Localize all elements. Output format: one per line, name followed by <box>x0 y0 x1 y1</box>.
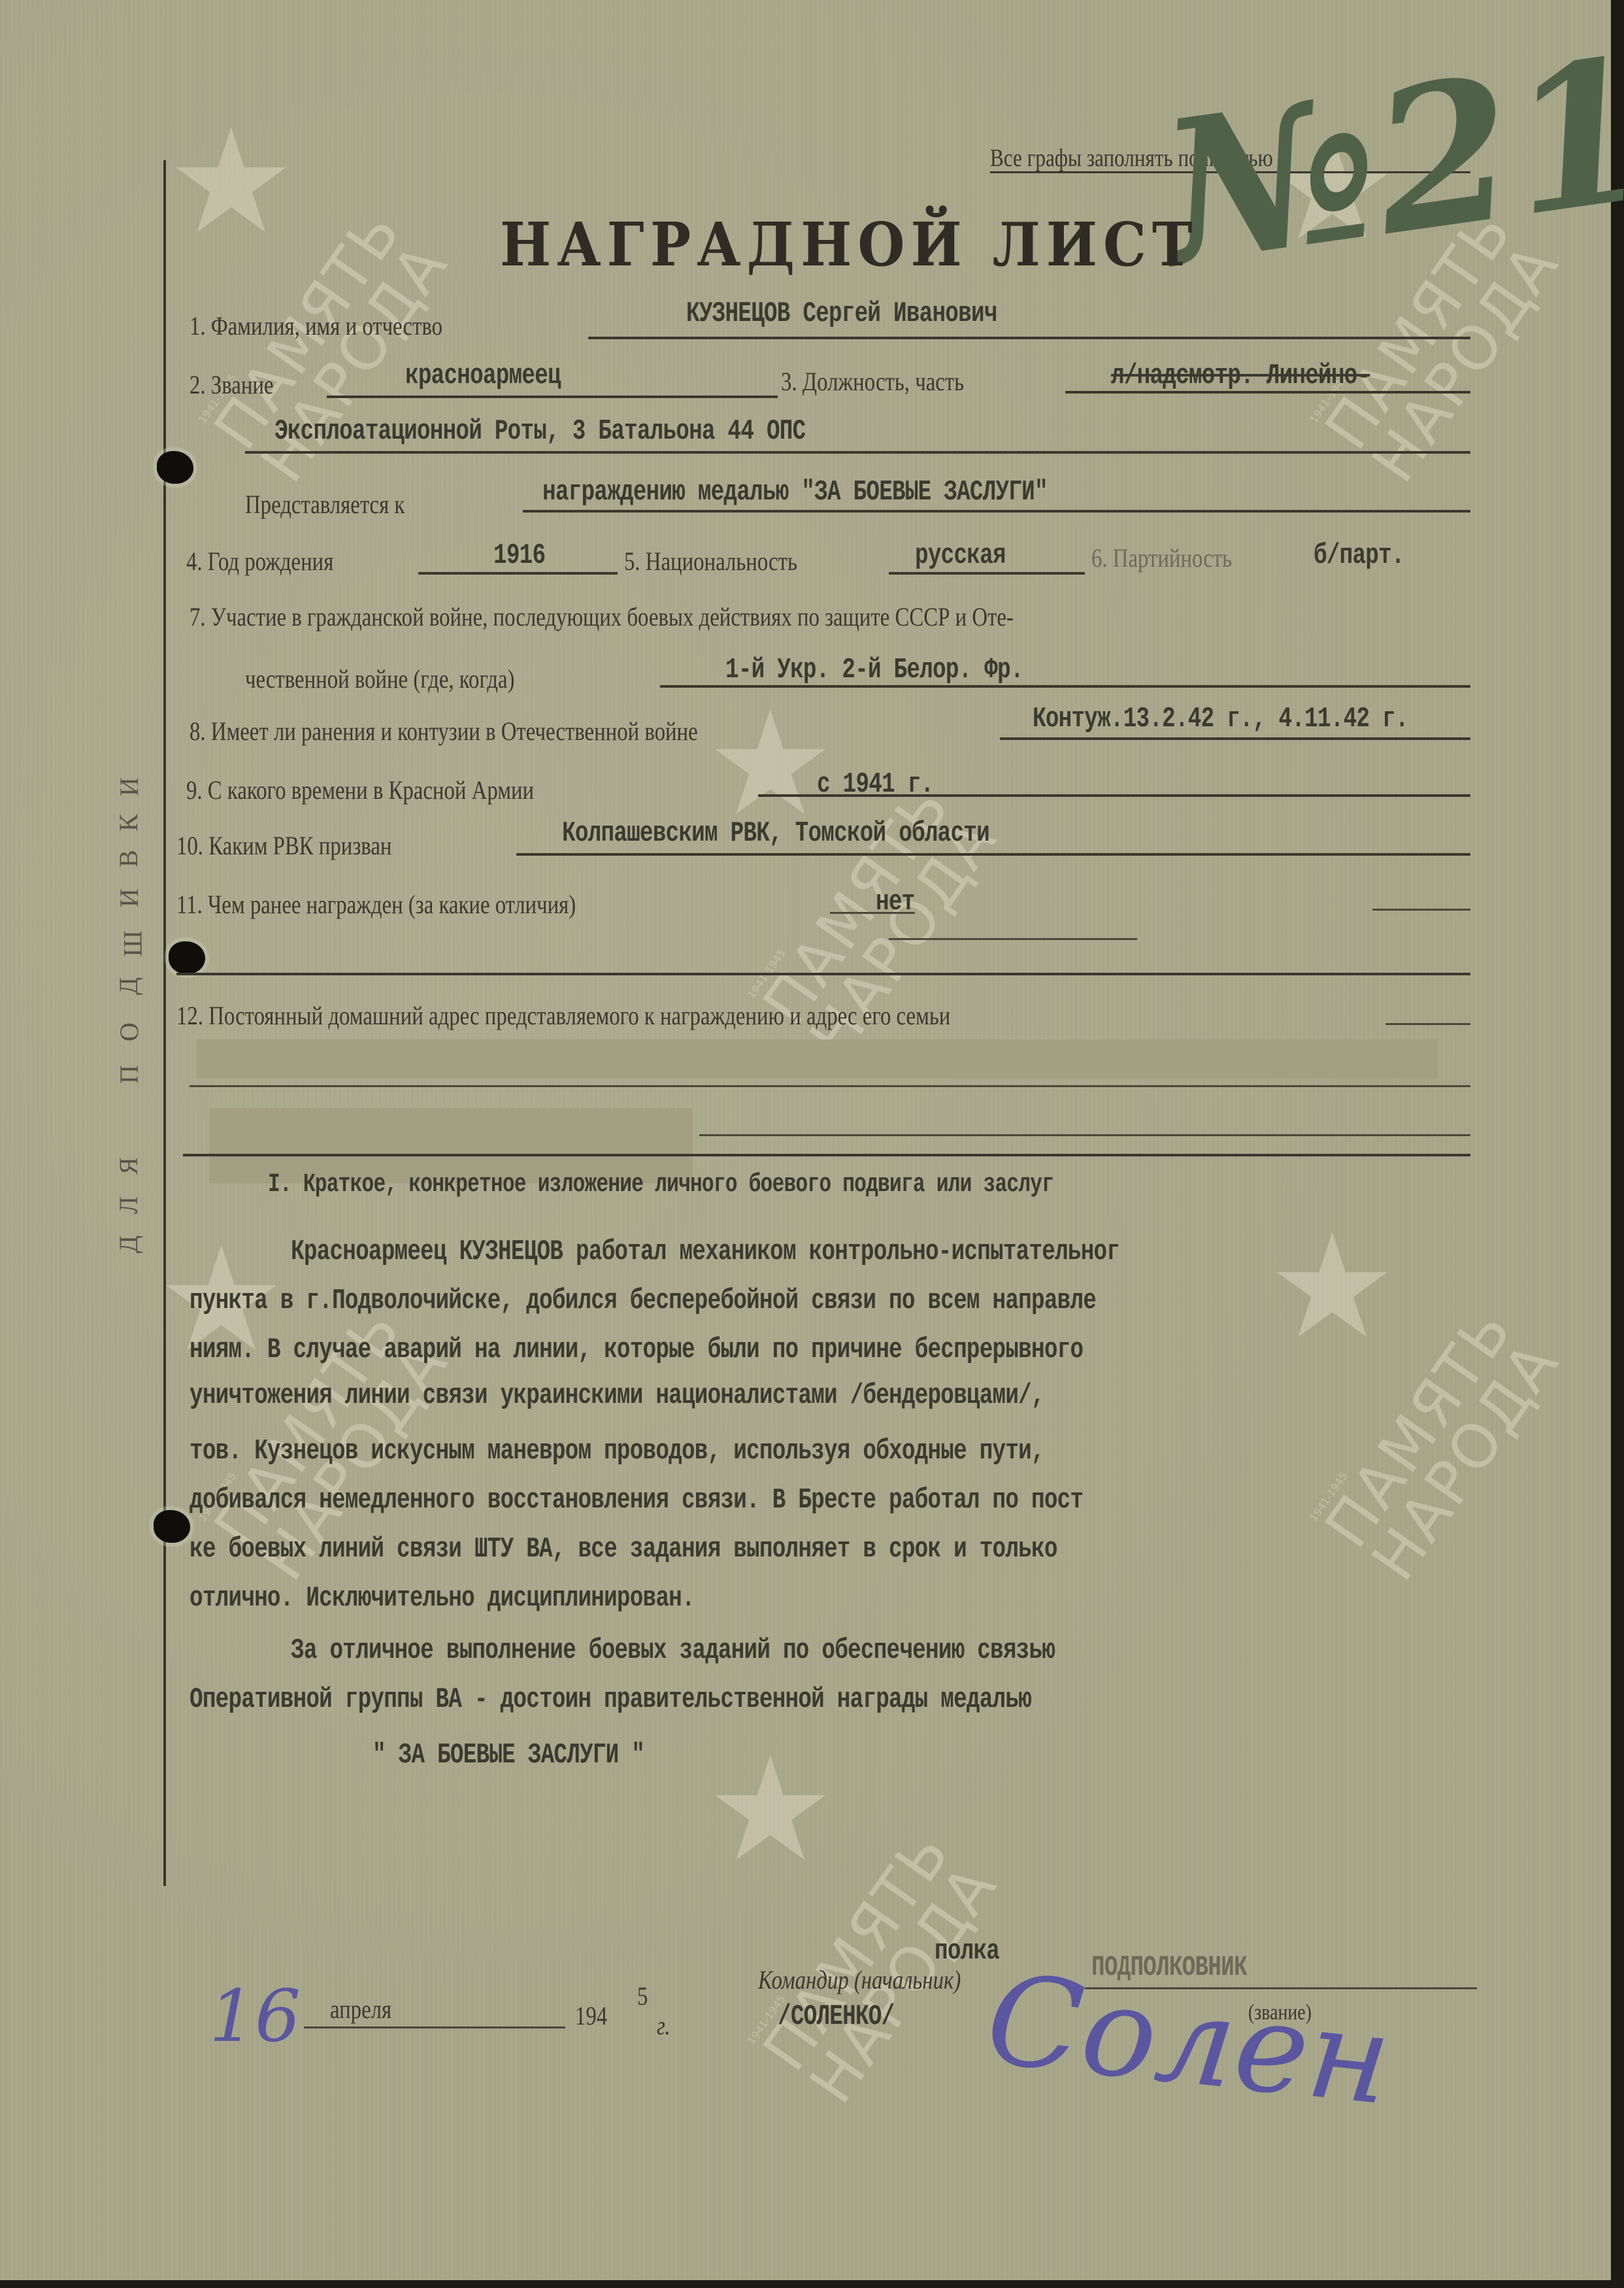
field-7-line <box>660 685 1470 688</box>
punch-hole <box>169 941 205 974</box>
field-7-label: 7. Участие в гражданской войне, последую… <box>190 601 1014 632</box>
field-12-line-4 <box>183 1154 1470 1156</box>
conclusion-line: За отличное выполнение боевых заданий по… <box>291 1634 1055 1667</box>
narrative-line: тов. Кузнецов искусным маневром проводов… <box>190 1435 1044 1468</box>
date-day: 16 <box>209 1974 301 2058</box>
field-3-value-cont: Эксплоатационной Роты, 3 Батальона 44 ОП… <box>274 415 805 448</box>
field-5-value: русская <box>915 539 1006 572</box>
section-heading: I. Краткое, конкретное изложение личного… <box>268 1170 1053 1200</box>
watermark: 1941-1945 ПАМЯТЬ НАРОДА <box>1307 1292 1568 1589</box>
commander-signature: Солен <box>980 1947 1397 2132</box>
field-12-line-2 <box>190 1085 1470 1087</box>
page-title: НАГРАДНОЙ ЛИСТ <box>500 209 1199 280</box>
field-10-value: Колпашевским РВК, Томской области <box>562 817 989 850</box>
commander-label: Командир (начальник) <box>758 1964 961 1995</box>
field-12-line <box>1385 1023 1470 1025</box>
field-7-label-cont: чественной войне (где, когда) <box>245 664 514 694</box>
commander-name: /СОЛЕНКО/ <box>778 2000 894 2033</box>
date-year-suffix: 5 <box>637 1981 648 2011</box>
field-6-value: б/парт. <box>1314 539 1404 572</box>
field-12-label: 12. Постоянный домашний адрес представля… <box>176 1000 950 1031</box>
field-10-label: 10. Каким РВК призван <box>176 830 391 861</box>
field-4-label: 4. Год рождения <box>186 546 333 577</box>
presented-line <box>523 510 1470 513</box>
conclusion-line: Оперативной группы ВА - достоин правител… <box>190 1683 1031 1716</box>
binding-margin-rule <box>163 160 166 1886</box>
field-11-line-3 <box>176 973 1470 975</box>
field-8-label: 8. Имеет ли ранения и контузии в Отечест… <box>190 716 698 747</box>
award-sheet-page: ★ 1941-1945 ПАМЯТЬ НАРОДА ★ 1941-1945 ПА… <box>0 0 1611 2280</box>
narrative-line: пункта в г.Подволочийске, добился беспер… <box>190 1285 1096 1317</box>
field-1-line <box>588 337 1470 339</box>
narrative-line: ниям. В случае аварий на линии, которые … <box>190 1334 1083 1366</box>
narrative-line: ке боевых линий связи ШТУ ВА, все задани… <box>190 1533 1057 1566</box>
date-line <box>304 2027 565 2028</box>
field-6-label: 6. Партийность <box>1091 543 1232 573</box>
narrative-line: отлично. Исключительно дисциплинирован. <box>190 1582 695 1615</box>
field-4-value: 1916 <box>493 539 545 572</box>
field-8-line <box>1000 737 1470 740</box>
narrative-line: уничтожения линии связи украинскими наци… <box>190 1379 1044 1412</box>
watermark-star-icon: ★ <box>706 693 835 837</box>
field-2-value: красноармеец <box>405 360 561 392</box>
field-1-value: КУЗНЕЦОВ Сергей Иванович <box>686 297 997 330</box>
field-10-line <box>516 853 1470 856</box>
watermark-star-icon: ★ <box>167 111 295 255</box>
field-11-line <box>1372 909 1470 911</box>
binding-margin-label: И К В И Ш Д О П Я Л Д <box>114 771 154 1360</box>
field-11-label: 11. Чем ранее награжден (за какие отличи… <box>176 889 576 920</box>
redacted-address <box>196 1039 1438 1079</box>
field-8-value: Контуж.13.2.42 г., 4.11.42 г. <box>1033 703 1408 735</box>
field-4-line <box>418 572 618 575</box>
presented-value: награждению медалью "ЗА БОЕВЫЕ ЗАСЛУГИ" <box>542 476 1048 509</box>
date-year-mark: г. <box>657 2010 671 2041</box>
field-2-label: 2. Звание <box>190 369 274 400</box>
narrative-line: Красноармеец КУЗНЕЦОВ работал механиком … <box>291 1236 1119 1268</box>
field-2-line <box>327 395 778 398</box>
presented-label: Представляется к <box>245 489 405 520</box>
handwritten-number: №21 <box>1150 13 1624 309</box>
field-11-line-2 <box>889 938 1137 940</box>
field-12-line-3 <box>699 1134 1470 1136</box>
field-3-value: л/надсмотр. Линейно- <box>1111 360 1370 392</box>
date-year-prefix: 194 <box>575 2000 607 2031</box>
field-9-label: 9. С какого времени в Красной Армии <box>186 775 534 805</box>
field-3-label: 3. Должность, часть <box>781 366 964 397</box>
punch-hole <box>154 1510 190 1543</box>
punch-hole <box>157 451 193 484</box>
watermark-star-icon: ★ <box>1268 1216 1397 1360</box>
field-3-cont-line <box>245 451 1470 454</box>
date-month: апреля <box>330 1994 391 2025</box>
narrative-line: добивался немедленного восстановления св… <box>190 1484 1083 1517</box>
watermark-star-icon: ★ <box>706 1739 835 1883</box>
field-5-line <box>889 572 1085 575</box>
field-9-line <box>758 794 1470 797</box>
field-11-line <box>830 912 915 914</box>
field-1-label: 1. Фамилия, имя и отчество <box>190 311 442 341</box>
unit-word: полка <box>935 1935 999 1968</box>
medal-name: " ЗА БОЕВЫЕ ЗАСЛУГИ " <box>373 1739 644 1772</box>
field-5-label: 5. Национальность <box>624 546 797 577</box>
field-3-line <box>1065 391 1470 394</box>
field-7-value: 1-й Укр. 2-й Белор. Фр. <box>725 654 1023 686</box>
